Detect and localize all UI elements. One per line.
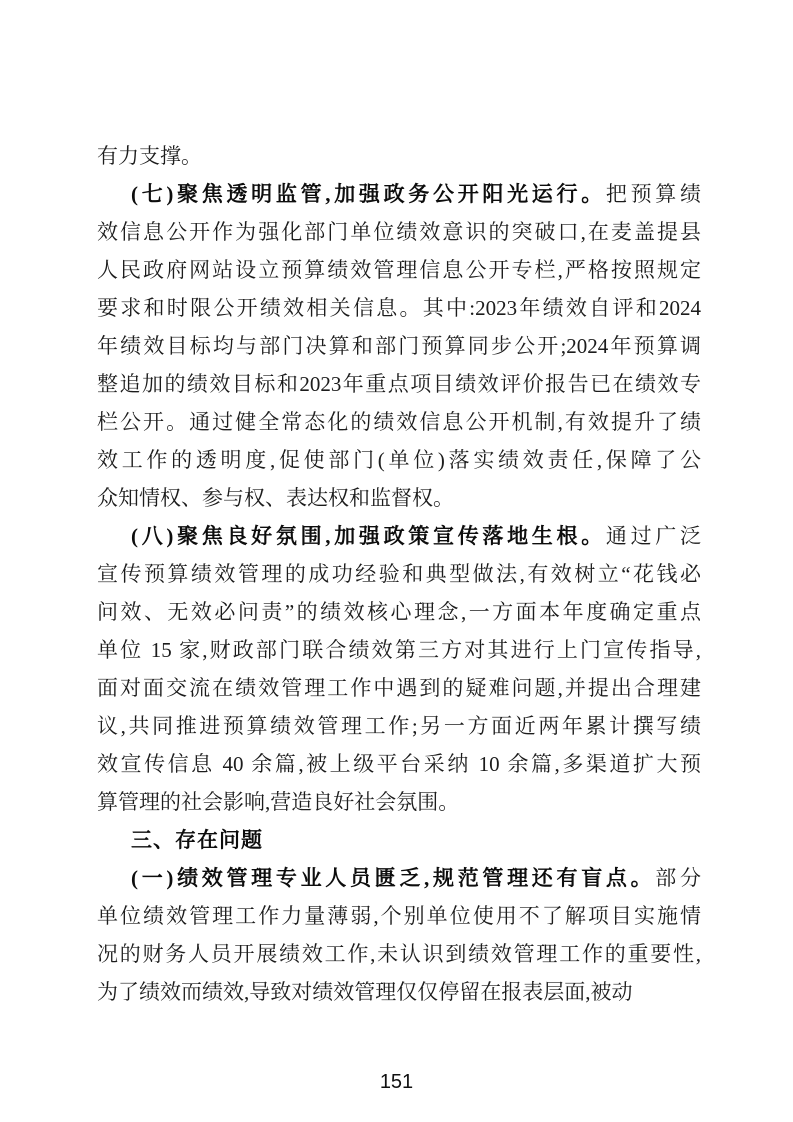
para-1-line4: 为了绩效而绩效,导致对绩效管理仅仅停留在报表层面,被动 (97, 973, 701, 1011)
para-7-line1: (七)聚焦透明监管,加强政务公开阳光运行。把预算绩 (97, 175, 701, 213)
paragraph-lead-text: (一)绩效管理专业人员匮乏,规范管理还有盲点。 (131, 866, 655, 890)
body-text: 把预算绩 (606, 182, 701, 206)
body-text: 单位绩效管理工作力量薄弱,个别单位使用不了解项目实施情 (97, 904, 701, 928)
body-text: 议,共同推进预算绩效管理工作;另一方面近两年累计撰写绩 (97, 714, 701, 738)
para-7-line3: 人民政府网站设立预算绩效管理信息公开专栏,严格按照规定 (97, 251, 701, 289)
para-7-line9: 众知情权、参与权、表达权和监督权。 (97, 479, 701, 517)
body-text: 面对面交流在绩效管理工作中遇到的疑难问题,并提出合理建 (97, 676, 701, 700)
para-7-line7: 栏公开。通过健全常态化的绩效信息公开机制,有效提升了绩 (97, 403, 701, 441)
para-8-line4: 单位 15 家,财政部门联合绩效第三方对其进行上门宣传指导, (97, 631, 701, 669)
body-text: 众知情权、参与权、表达权和监督权。 (97, 486, 454, 510)
para-7-line5: 年绩效目标均与部门决算和部门预算同步公开;2024年预算调 (97, 327, 701, 365)
paragraph-lead-text: (七)聚焦透明监管,加强政务公开阳光运行。 (131, 182, 606, 206)
body-text: 问效、无效必问责”的绩效核心理念,一方面本年度确定重点 (97, 600, 701, 624)
para-7-line2: 效信息公开作为强化部门单位绩效意识的突破口,在麦盖提县 (97, 213, 701, 251)
body-text: 效宣传信息 40 余篇,被上级平台采纳 10 余篇,多渠道扩大预 (97, 752, 701, 776)
body-text: 为了绩效而绩效,导致对绩效管理仅仅停留在报表层面,被动 (97, 980, 633, 1004)
para-8-line5: 面对面交流在绩效管理工作中遇到的疑难问题,并提出合理建 (97, 669, 701, 707)
para-7-line4: 要求和时限公开绩效相关信息。其中:2023年绩效自评和2024 (97, 289, 701, 327)
body-text: 效信息公开作为强化部门单位绩效意识的突破口,在麦盖提县 (97, 220, 701, 244)
body-text: 人民政府网站设立预算绩效管理信息公开专栏,严格按照规定 (97, 258, 701, 282)
body-text: 单位 15 家,财政部门联合绩效第三方对其进行上门宣传指导, (97, 638, 701, 662)
para-1-line1: (一)绩效管理专业人员匮乏,规范管理还有盲点。部分 (97, 859, 701, 897)
para-8-line1: (八)聚焦良好氛围,加强政策宣传落地生根。通过广泛 (97, 517, 701, 555)
body-text: 效工作的透明度,促使部门(单位)落实绩效责任,保障了公 (97, 448, 701, 472)
body-text: 要求和时限公开绩效相关信息。其中:2023年绩效自评和2024 (97, 296, 701, 320)
section-heading-text: 三、存在问题 (131, 829, 263, 852)
para-1-line2: 单位绩效管理工作力量薄弱,个别单位使用不了解项目实施情 (97, 897, 701, 935)
body-text: 宣传预算绩效管理的成功经验和典型做法,有效树立“花钱必 (97, 562, 701, 586)
body-text: 况的财务人员开展绩效工作,未认识到绩效管理工作的重要性, (97, 942, 701, 966)
body-text: 算管理的社会影响,营造良好社会氛围。 (97, 790, 459, 814)
para-8-line3: 问效、无效必问责”的绩效核心理念,一方面本年度确定重点 (97, 593, 701, 631)
paragraph-lead-text: (八)聚焦良好氛围,加强政策宣传落地生根。 (131, 524, 606, 548)
document-page: 有力支撑。(七)聚焦透明监管,加强政务公开阳光运行。把预算绩效信息公开作为强化部… (0, 0, 793, 1122)
body-text: 年绩效目标均与部门决算和部门预算同步公开;2024年预算调 (97, 334, 701, 358)
para-8-line2: 宣传预算绩效管理的成功经验和典型做法,有效树立“花钱必 (97, 555, 701, 593)
page-number: 151 (0, 1071, 793, 1094)
body-text: 通过广泛 (606, 524, 701, 548)
body-text: 有力支撑。 (97, 144, 202, 168)
body-text: 栏公开。通过健全常态化的绩效信息公开机制,有效提升了绩 (97, 410, 701, 434)
para-7-line6: 整追加的绩效目标和2023年重点项目绩效评价报告已在绩效专 (97, 365, 701, 403)
para-8-line7: 效宣传信息 40 余篇,被上级平台采纳 10 余篇,多渠道扩大预 (97, 745, 701, 783)
para-1-line3: 况的财务人员开展绩效工作,未认识到绩效管理工作的重要性, (97, 935, 701, 973)
para-8-line6: 议,共同推进预算绩效管理工作;另一方面近两年累计撰写绩 (97, 707, 701, 745)
para-7-line8: 效工作的透明度,促使部门(单位)落实绩效责任,保障了公 (97, 441, 701, 479)
body-text: 整追加的绩效目标和2023年重点项目绩效评价报告已在绩效专 (97, 372, 701, 396)
para-prev-end: 有力支撑。 (97, 137, 701, 175)
section-heading-3: 三、存在问题 (97, 821, 701, 859)
text-lines: 有力支撑。(七)聚焦透明监管,加强政务公开阳光运行。把预算绩效信息公开作为强化部… (97, 137, 701, 1011)
para-8-line8: 算管理的社会影响,营造良好社会氛围。 (97, 783, 701, 821)
body-text: 部分 (655, 866, 701, 890)
